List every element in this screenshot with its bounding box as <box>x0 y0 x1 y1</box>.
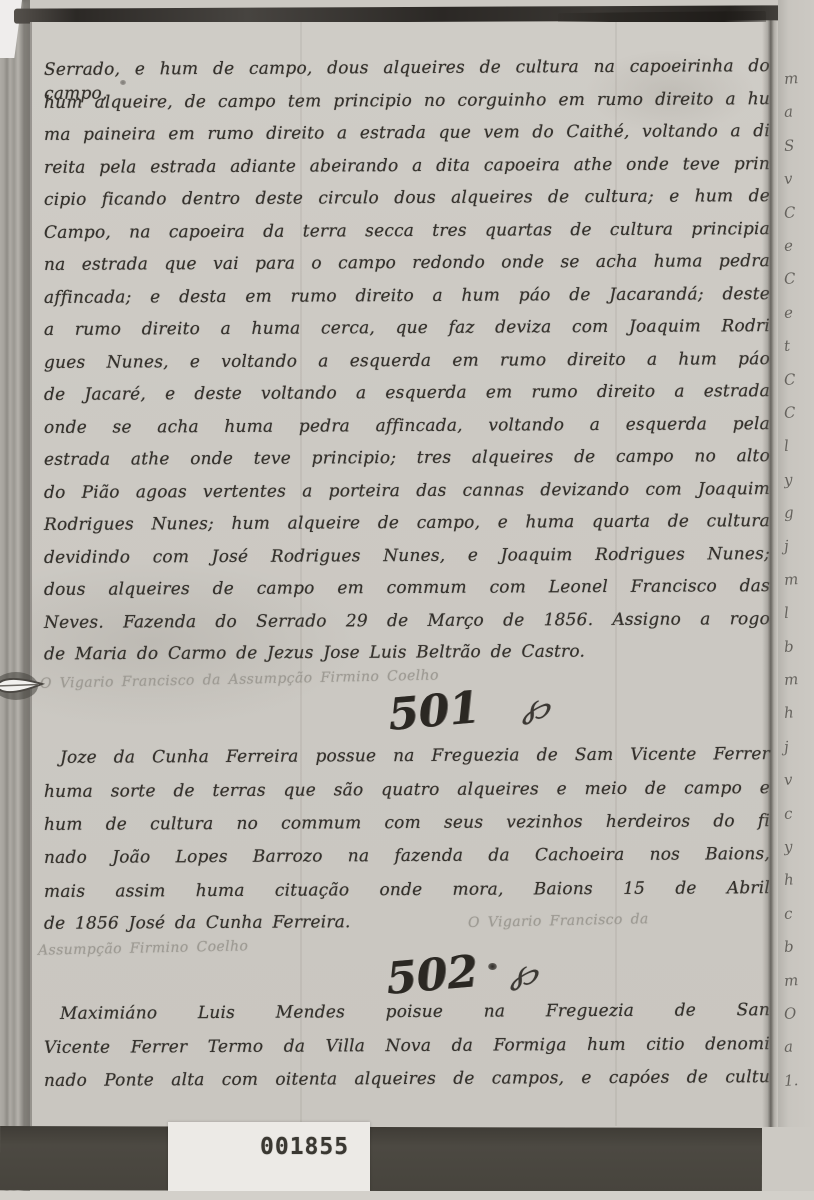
facing-page-fragment: j <box>783 528 814 563</box>
facing-page-fragment: c <box>783 796 814 831</box>
book-binding-gutter <box>0 0 30 1200</box>
manuscript-line: reita pela estrada adiante abeirando a d… <box>44 152 770 180</box>
manuscript-line: de Jacaré, e deste voltando a esquerda e… <box>44 379 770 407</box>
manuscript-line: hum de cultura no commum com seus vezinh… <box>44 809 770 837</box>
archival-stamp-label: 001855 <box>168 1122 370 1192</box>
facing-page-fragment: y <box>783 829 814 864</box>
manuscript-line: na estrada que vai para o campo redondo … <box>44 249 770 277</box>
facing-page-fragment: m <box>783 61 814 96</box>
manuscript-line: Neves. Fazenda do Serrado 29 de Março de… <box>44 607 770 635</box>
manuscript-line: Rodrigues Nunes; hum alqueire de campo, … <box>44 509 770 537</box>
manuscript-line: de Maria do Carmo de Jezus Jose Luis Bel… <box>44 640 585 667</box>
manuscript-line: onde se acha huma pedra affincada, volta… <box>44 412 770 440</box>
facing-page-fragment: m <box>783 562 814 597</box>
manuscript-line: dous alqueires de campo em commum com Le… <box>44 574 770 602</box>
scanned-register-page: Serrado, e hum de campo, dous alqueires … <box>0 0 814 1200</box>
facing-page-sliver: maSvCeCetCClygjmlbmhjvcyhcbmOa1. <box>778 0 814 1200</box>
facing-page-fragment: O <box>783 996 814 1031</box>
manuscript-line: ma paineira em rumo direito a estrada qu… <box>44 119 770 147</box>
manuscript-line: nado João Lopes Barrozo na fazenda da Ca… <box>44 842 770 870</box>
bottom-scan-edge-band <box>0 1126 762 1192</box>
page-corner <box>762 1127 814 1200</box>
folio-number-stamp: 001855 <box>260 1134 349 1160</box>
entry-number-502: 502 <box>384 946 480 1005</box>
facing-page-fragment: a <box>783 1029 814 1064</box>
facing-page-fragment: m <box>783 963 814 998</box>
manuscript-line: devidindo com José Rodrigues Nunes, e Jo… <box>44 542 770 570</box>
facing-page-fragment: C <box>783 261 814 296</box>
facing-page-fragment: m <box>783 662 814 697</box>
manuscript-line: Maximiáno Luis Mendes poisue na Freguezi… <box>44 998 770 1026</box>
facing-page-fragment: h <box>783 695 814 730</box>
manuscript-line: nado Ponte alta com oitenta alqueires de… <box>44 1065 770 1093</box>
facing-page-fragment: C <box>783 395 814 430</box>
manuscript-line: gues Nunes, e voltando a esquerda em rum… <box>44 347 770 375</box>
manuscript-line: de 1856 José da Cunha Ferreira. <box>44 910 351 936</box>
page-fold-shadow <box>762 20 778 1140</box>
facing-page-fragment: e <box>783 295 814 330</box>
facing-page-fragment: l <box>783 595 814 630</box>
facing-page-fragment: j <box>783 729 814 764</box>
facing-page-fragment: b <box>783 629 814 664</box>
facing-page-text-fragments: maSvCeCetCClygjmlbmhjvcyhcbmOa1. <box>784 62 814 1097</box>
facing-page-fragment: y <box>783 462 814 497</box>
manuscript-line: huma sorte de terras que são quatro alqu… <box>44 776 770 804</box>
manuscript-line: affincada; e desta em rumo direito a hum… <box>44 282 770 310</box>
manuscript-line: Joze da Cunha Ferreira possue na Freguez… <box>44 742 770 770</box>
page-edge-line <box>30 22 32 1126</box>
facing-page-fragment: v <box>783 762 814 797</box>
manuscript-line: cipio ficando dentro deste circulo dous … <box>44 184 770 212</box>
facing-page-fragment: C <box>783 362 814 397</box>
manuscript-line: a rumo direito a huma cerca, que faz dev… <box>44 314 770 342</box>
bottom-scan-margin <box>0 1191 814 1200</box>
facing-page-fragment: S <box>783 128 814 163</box>
manuscript-line: Vicente Ferrer Termo da Villa Nova da Fo… <box>44 1032 770 1060</box>
ink-blot <box>120 80 126 85</box>
facing-page-fragment: C <box>783 195 814 230</box>
facing-page-fragment: t <box>783 328 814 363</box>
facing-page-fragment: a <box>783 94 814 129</box>
manuscript-line: estrada athe onde teve principio; tres a… <box>44 444 770 472</box>
manuscript-line: do Pião agoas vertentes a porteira das c… <box>44 477 770 505</box>
manuscript-line: mais assim huma cituação onde mora, Baio… <box>44 876 770 904</box>
ink-blot <box>488 963 497 970</box>
facing-page-fragment: b <box>783 929 814 964</box>
facing-page-fragment: 1. <box>783 1063 814 1098</box>
facing-page-fragment: c <box>783 896 814 931</box>
facing-page-fragment: h <box>783 862 814 897</box>
facing-page-fragment: v <box>783 161 814 196</box>
facing-page-fragment: g <box>783 495 814 530</box>
manuscript-line: hum alqueire, de campo tem principio no … <box>44 87 770 115</box>
facing-page-fragment: e <box>783 228 814 263</box>
facing-page-fragment: l <box>783 428 814 463</box>
entry-number-501: 501 <box>386 682 482 741</box>
manuscript-line: Campo, na capoeira da terra secca tres q… <box>44 217 770 245</box>
binding-clip-icon <box>0 664 50 708</box>
